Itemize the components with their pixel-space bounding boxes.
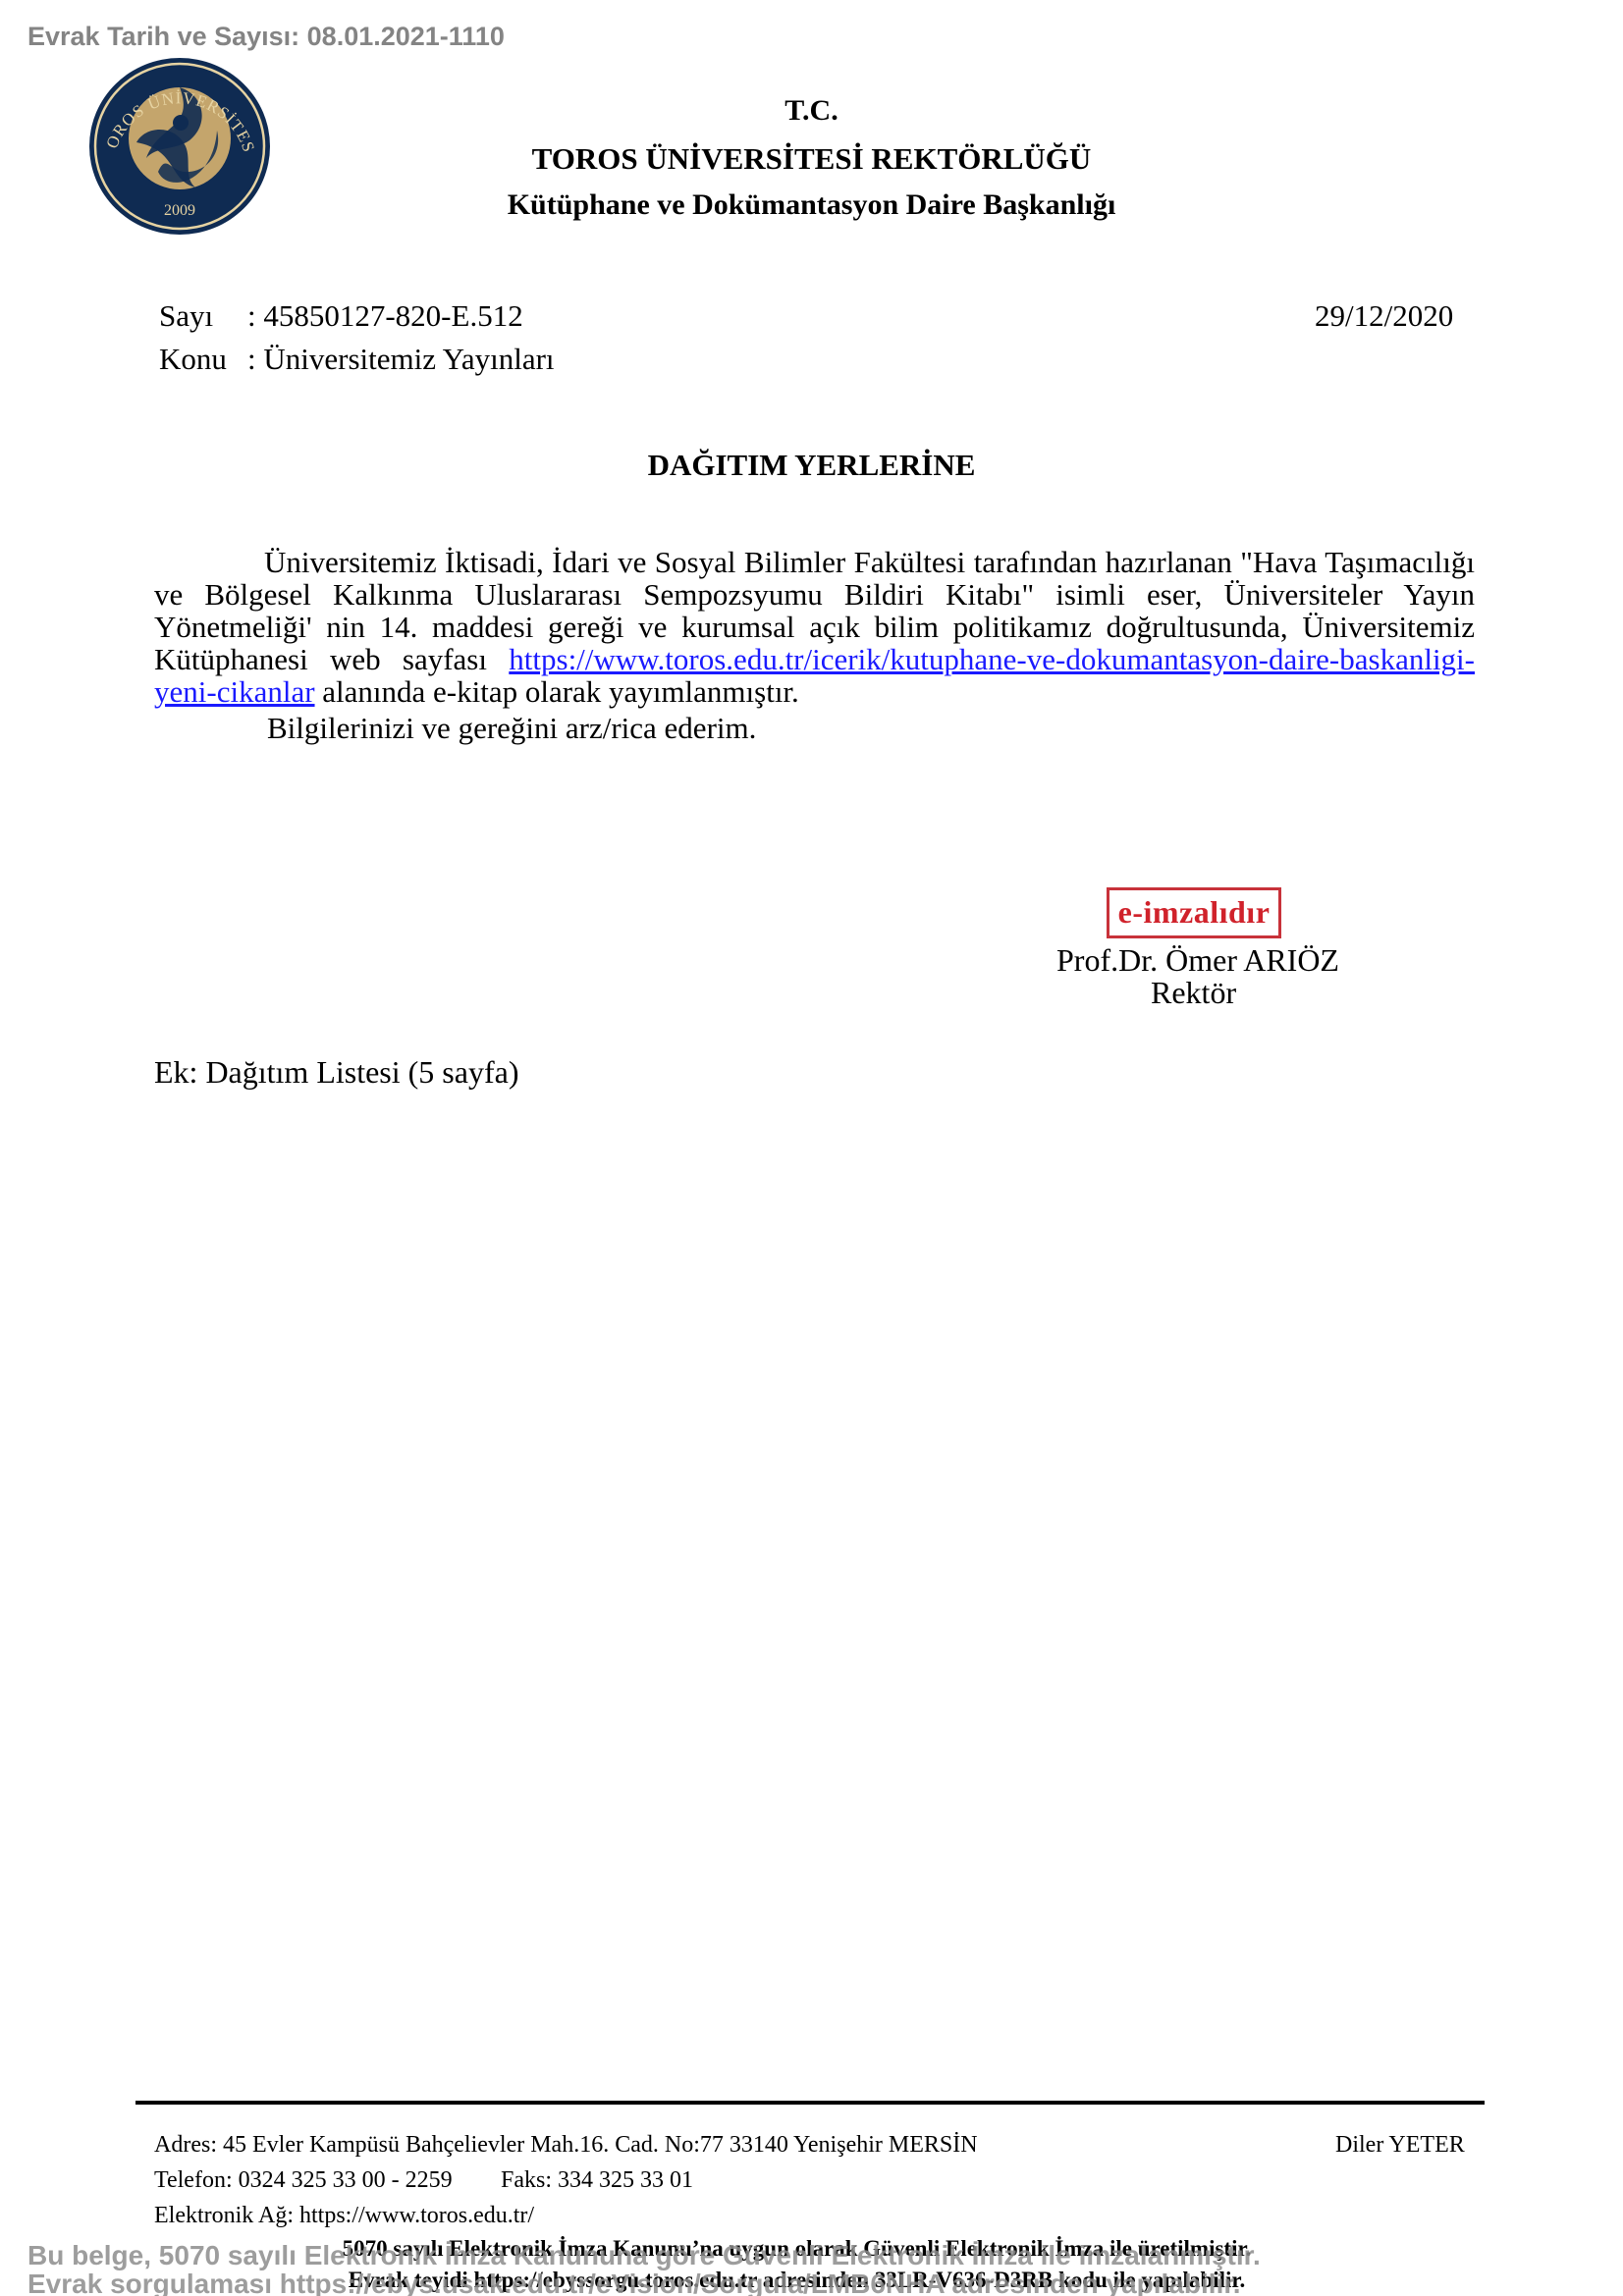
body-text-after-link: alanında e-kitap olarak yayımlanmıştır. [315, 674, 799, 709]
konu-label: Konu [159, 342, 227, 377]
footer-fax: Faks: 334 325 33 01 [501, 2167, 693, 2194]
attachment-note: Ek: Dağıtım Listesi (5 sayfa) [154, 1054, 518, 1091]
body-paragraph: Üniversitemiz İktisadi, İdari ve Sosyal … [154, 546, 1475, 708]
recipient-heading: DAĞITIM YERLERİNE [0, 448, 1623, 483]
footer-address: Adres: 45 Evler Kampüsü Bahçelievler Mah… [154, 2132, 978, 2159]
signer-title: Rektör [1151, 975, 1236, 1011]
letter-body: Üniversitemiz İktisadi, İdari ve Sosyal … [154, 546, 1475, 708]
sayi-value: : 45850127-820-E.512 [247, 298, 523, 334]
header-department: Kütüphane ve Dokümantasyon Daire Başkanl… [0, 188, 1623, 222]
footer-phone: Telefon: 0324 325 33 00 - 2259 [154, 2167, 453, 2194]
bottom-stamp-line1: Bu belge, 5070 sayılı Elektronik İmza Ka… [27, 2240, 1261, 2271]
document-date: 29/12/2020 [1315, 298, 1453, 334]
header-tc: T.C. [0, 94, 1623, 128]
e-signature-stamp: e-imzalıdır [1107, 887, 1281, 938]
konu-value: : Üniversitemiz Yayınları [247, 342, 555, 377]
sayi-label: Sayı [159, 298, 213, 334]
document-date-number-stamp: Evrak Tarih ve Sayısı: 08.01.2021-1110 [27, 22, 505, 52]
header-university: TOROS ÜNİVERSİTESİ REKTÖRLÜĞÜ [0, 141, 1623, 177]
signer-name: Prof.Dr. Ömer ARIÖZ [1056, 942, 1339, 979]
footer-divider [135, 2101, 1485, 2105]
footer-web: Elektronik Ağ: https://www.toros.edu.tr/ [154, 2203, 534, 2229]
closing-sentence: Bilgilerinizi ve gereğini arz/rica ederi… [267, 711, 756, 746]
footer-preparer: Diler YETER [1335, 2132, 1465, 2159]
bottom-stamp-line2: Evrak sorgulaması https://ebys.usak.edu.… [27, 2269, 1240, 2296]
